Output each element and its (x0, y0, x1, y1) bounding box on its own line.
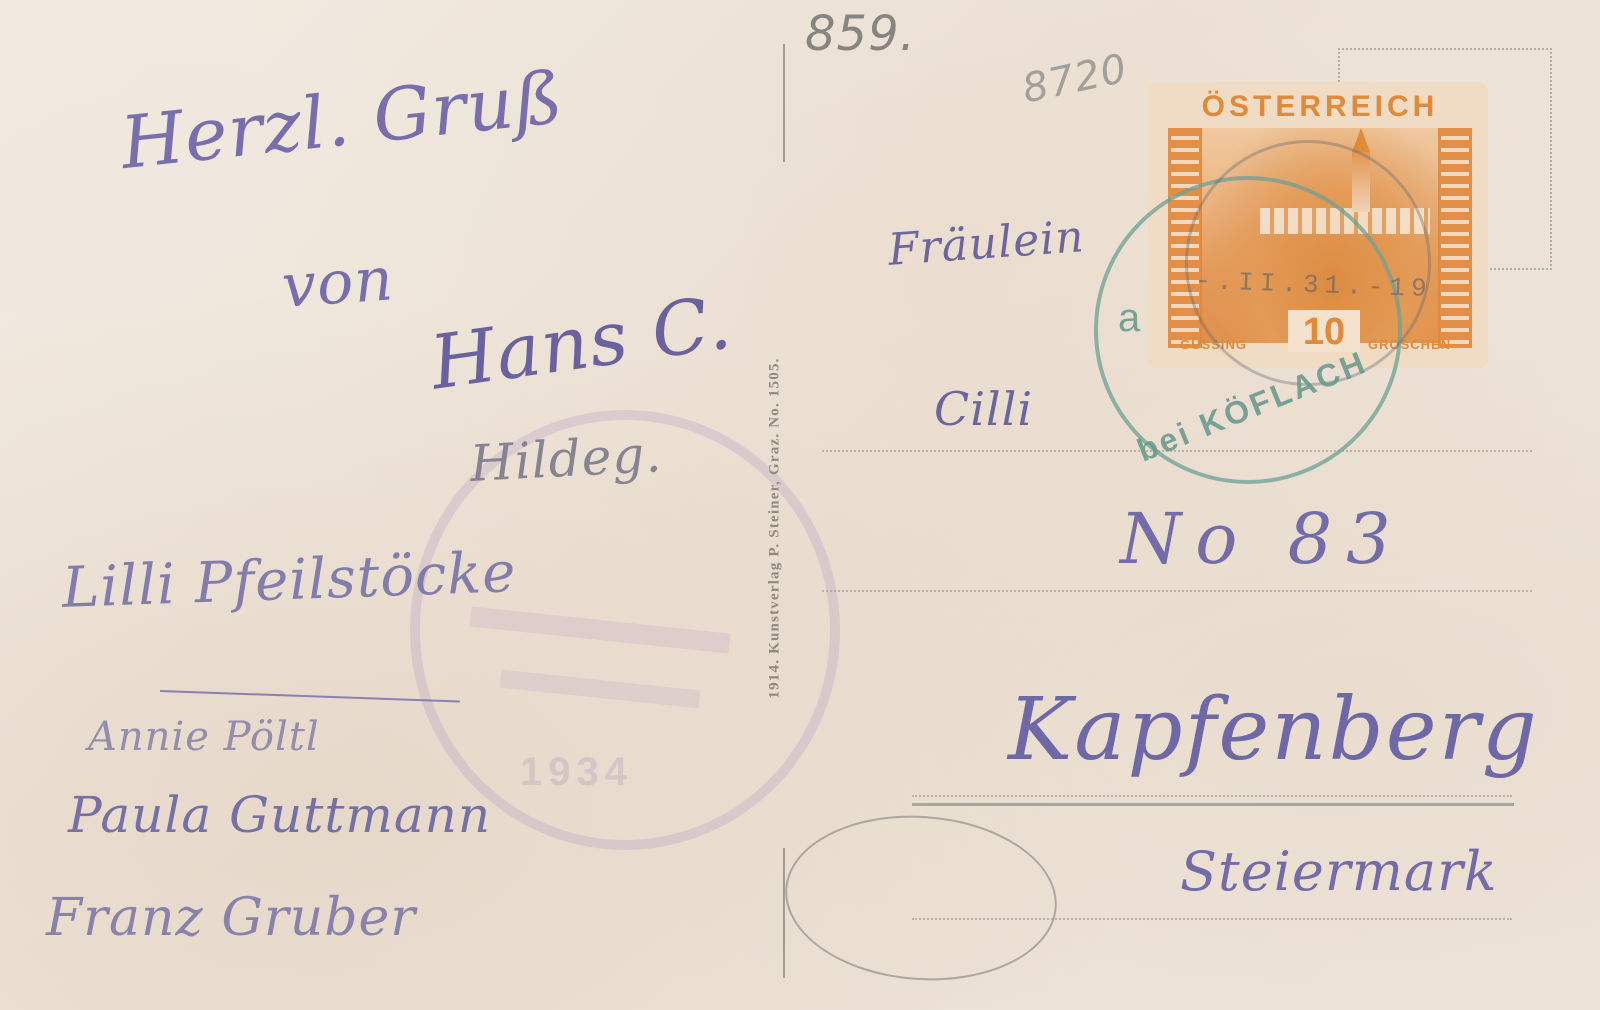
center-divider-top (783, 44, 785, 162)
signature-underline (160, 690, 460, 702)
message-line-1: Herzl. Gruß (117, 55, 567, 185)
address-line-2 (822, 590, 1532, 592)
stamp-ornament-right (1438, 128, 1472, 348)
pencil-oval-sketch (780, 807, 1063, 990)
postcard-back: 1914. Kunstverlag P. Steiner, Graz. No. … (0, 0, 1600, 1010)
center-divider-bottom (783, 848, 785, 978)
address-house-number: No 83 (1120, 498, 1405, 580)
signature-4: Franz Gruber (46, 888, 416, 948)
pencil-catalog-number: 8720 (1018, 46, 1131, 113)
postmark-place-fragment: a (1118, 296, 1140, 341)
postmark-inner-ring (1185, 140, 1431, 386)
address-salutation: Fräulein (886, 211, 1086, 276)
signature-3: Paula Guttmann (68, 786, 491, 844)
message-line-4: Hildeg. (469, 425, 664, 493)
message-line-2: von (280, 244, 396, 322)
address-name: Cilli (934, 382, 1033, 436)
stamp-country: ÖSTERREICH (1170, 90, 1470, 124)
message-line-3: Hans C. (425, 279, 736, 406)
pencil-number: 859. (805, 6, 916, 62)
address-town: Kapfenberg (1008, 680, 1539, 780)
signature-2: Annie Pöltl (88, 714, 320, 760)
address-line-3 (912, 795, 1512, 797)
address-line-3-solid (912, 803, 1514, 806)
address-region: Steiermark (1180, 840, 1498, 903)
cachet-text: 1934 (520, 750, 633, 795)
